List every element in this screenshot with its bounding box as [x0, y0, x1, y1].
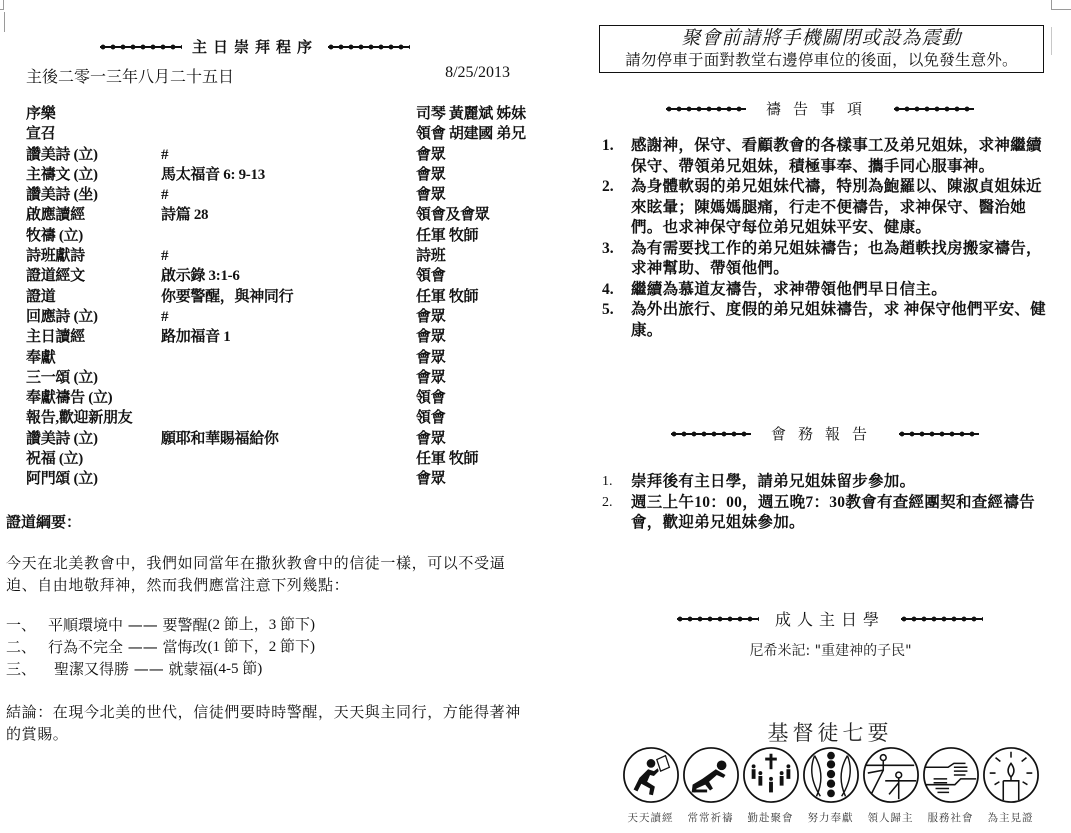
program-row: 讚美詩 (立)#會眾	[26, 145, 546, 165]
essential-item: 為主見證	[981, 746, 1040, 825]
point-text: 平順環境中 —— 要警醒	[48, 614, 208, 636]
program-content	[161, 348, 416, 368]
program-row: 阿門頌 (立)會眾	[26, 469, 546, 489]
kneeling-prayer-icon	[682, 746, 740, 804]
program-item: 報告,歡迎新朋友	[26, 408, 161, 428]
item-number: 2.	[602, 177, 631, 239]
fish-coins-icon	[802, 746, 860, 804]
sermon-intro: 今天在北美教會中，我們如同當年在撒狄教會中的信徒一樣，可以不受逼迫、自由地敬拜神…	[6, 552, 526, 596]
vine-ornament-icon	[100, 44, 182, 50]
essential-item: 常常祈禱	[681, 746, 740, 825]
affairs-list: 1.崇拜後有主日學，請弟兄姐妹留步參加。 2.週三上午10：00，週五晚7：30…	[602, 472, 1052, 534]
program-row: 證道經文啟示錄 3:1-6領會	[26, 266, 546, 286]
program-item: 主日讀經	[26, 327, 161, 347]
program-row: 讚美詩 (立)願耶和華賜福給你會眾	[26, 429, 546, 449]
vine-ornament-icon	[328, 44, 410, 50]
program-row: 啟應讀經詩篇 28領會及會眾	[26, 205, 546, 225]
point-text: 行為不完全 —— 當悔改	[48, 636, 208, 658]
adult-school-subject: 尼希米記: "重建神的子民"	[590, 640, 1071, 660]
point-reference: (1 節下，2 節下)	[208, 636, 316, 658]
point-reference: (2 節上，3 節下)	[208, 614, 316, 636]
program-content	[161, 104, 416, 124]
sermon-point: 三、 聖潔又得勝 —— 就蒙福 (4-5 節)	[6, 658, 526, 680]
sermon-point: 二、 行為不完全 —— 當悔改 (1 節下，2 節下)	[6, 636, 526, 658]
sermon-conclusion: 結論：在現今北美的世代，信徒們要時時警醒，天天與主同行，方能得著神的賞賜。	[6, 701, 526, 745]
program-row: 主日讀經路加福音 1會眾	[26, 327, 546, 347]
program-row: 回應詩 (立)#會眾	[26, 307, 546, 327]
program-row: 報告,歡迎新朋友領會	[26, 408, 546, 428]
reading-bible-icon	[622, 746, 680, 804]
program-item: 讚美詩 (立)	[26, 145, 161, 165]
program-item: 宣召	[26, 124, 161, 144]
prayer-item: 1.感謝神，保守、看顧教會的各樣事工及弟兄姐妹，求神繼續保守、帶領弟兄姐妹，積極…	[602, 136, 1052, 177]
item-number: 1.	[602, 136, 631, 177]
program-item: 序樂	[26, 104, 161, 124]
program-leader: 會眾	[416, 327, 546, 347]
vine-ornament-icon	[671, 431, 751, 437]
item-text: 為外出旅行、度假的弟兄姐妹禱告，求 神保守他們平安、健康。	[631, 300, 1052, 341]
item-text: 為身體軟弱的弟兄姐妹代禱，特別為鮑羅以、陳淑貞姐妹近來眩暈；陳媽媽腿痛，行走不便…	[631, 177, 1052, 239]
program-row: 詩班獻詩#詩班	[26, 246, 546, 266]
program-leader: 會眾	[416, 368, 546, 388]
program-row: 證道你要警醒，與神同行任軍 牧師	[26, 287, 546, 307]
program-content	[161, 469, 416, 489]
program-leader: 任軍 牧師	[416, 287, 546, 307]
program-row: 牧禱 (立)任軍 牧師	[26, 226, 546, 246]
prayer-title: 禱告事項	[766, 98, 874, 119]
program-row: 奉獻禱告 (立)領會	[26, 388, 546, 408]
essential-label: 勤赴聚會	[748, 810, 794, 825]
candle-light-icon	[982, 746, 1040, 804]
program-row: 序樂司琴 黃麗斌 姊妹	[26, 104, 546, 124]
essential-item: 天天讀經	[621, 746, 680, 825]
prayer-item: 2.為身體軟弱的弟兄姐妹代禱，特別為鮑羅以、陳淑貞姐妹近來眩暈；陳媽媽腿痛，行走…	[602, 177, 1052, 239]
program-leader: 任軍 牧師	[416, 226, 546, 246]
program-leader: 領會	[416, 388, 546, 408]
item-text: 崇拜後有主日學，請弟兄姐妹留步參加。	[631, 472, 1052, 493]
vine-ornament-icon	[666, 106, 746, 112]
program-leader: 會眾	[416, 307, 546, 327]
point-number: 一、	[6, 614, 48, 636]
program-item: 阿門頌 (立)	[26, 469, 161, 489]
sermon-point: 一、 平順環境中 —— 要警醒 (2 節上，3 節下)	[6, 614, 526, 636]
program-item: 回應詩 (立)	[26, 307, 161, 327]
seven-essentials-title: 基督徒七要	[620, 717, 1040, 747]
program-item: 三一頌 (立)	[26, 368, 161, 388]
essential-label: 為主見證	[988, 810, 1034, 825]
program-item: 證道經文	[26, 266, 161, 286]
program-item: 奉獻禱告 (立)	[26, 388, 161, 408]
notice-box: 聚會前請將手機關閉或設為震動 請勿停車于面對教堂右邊停車位的後面，以免發生意外。	[599, 25, 1044, 73]
leading-person-icon	[862, 746, 920, 804]
point-number: 二、	[6, 636, 48, 658]
program-item: 祝福 (立)	[26, 449, 161, 469]
program-leader: 會眾	[416, 429, 546, 449]
essential-item: 領人歸主	[861, 746, 920, 825]
affairs-item: 2.週三上午10：00，週五晚7：30教會有查經團契和查經禱告會，歡迎弟兄姐妹參…	[602, 493, 1052, 534]
program-item: 牧禱 (立)	[26, 226, 161, 246]
program-leader: 會眾	[416, 185, 546, 205]
program-leader: 領會 胡建國 弟兄	[416, 124, 546, 144]
essential-item: 勤赴聚會	[741, 746, 800, 825]
program-content: 路加福音 1	[161, 327, 416, 347]
program-content	[161, 388, 416, 408]
program-row: 祝福 (立)任軍 牧師	[26, 449, 546, 469]
program-item: 讚美詩 (坐)	[26, 185, 161, 205]
program-leader: 領會	[416, 266, 546, 286]
program-leader: 會眾	[416, 469, 546, 489]
vine-ornament-icon	[894, 106, 974, 112]
item-text: 感謝神，保守、看顧教會的各樣事工及弟兄姐妹，求神繼續保守、帶領弟兄姐妹，積極事奉…	[631, 136, 1052, 177]
program-content: #	[161, 246, 416, 266]
program-content: 啟示錄 3:1-6	[161, 266, 416, 286]
adult-school-title: 成人主日學	[775, 607, 885, 630]
program-content: #	[161, 185, 416, 205]
announcements-column: 聚會前請將手機關閉或設為震動 請勿停車于面對教堂右邊停車位的後面，以免發生意外。…	[590, 0, 1071, 833]
helping-hands-icon	[922, 746, 980, 804]
program-content	[161, 124, 416, 144]
essential-label: 常常祈禱	[688, 810, 734, 825]
essential-item: 努力奉獻	[801, 746, 860, 825]
prayer-item: 4.繼續為慕道友禱告，求神帶領他們早日信主。	[602, 280, 1052, 301]
program-item: 詩班獻詩	[26, 246, 161, 266]
service-date: 主後二零一三年八月二十五日 8/25/2013	[26, 64, 516, 87]
program-item: 主禱文 (立)	[26, 165, 161, 185]
program-item: 證道	[26, 287, 161, 307]
item-text: 週三上午10：00，週五晚7：30教會有查經團契和查經禱告會，歡迎弟兄姐妹參加。	[631, 493, 1052, 534]
program-content	[161, 408, 416, 428]
point-reference: (4-5 節)	[214, 658, 263, 680]
prayer-heading: 禱告事項	[665, 98, 975, 119]
seven-essentials-icons: 天天讀經 常常祈禱	[621, 746, 1040, 825]
program-row: 主禱文 (立)馬太福音 6: 9-13會眾	[26, 165, 546, 185]
program-leader: 詩班	[416, 246, 546, 266]
program-item: 讚美詩 (立)	[26, 429, 161, 449]
sermon-points: 一、 平順環境中 —— 要警醒 (2 節上，3 節下) 二、 行為不完全 —— …	[6, 614, 526, 680]
affairs-item: 1.崇拜後有主日學，請弟兄姐妹留步參加。	[602, 472, 1052, 493]
prayer-item: 5.為外出旅行、度假的弟兄姐妹禱告，求 神保守他們平安、健康。	[602, 300, 1052, 341]
program-leader: 領會及會眾	[416, 205, 546, 225]
program-leader: 會眾	[416, 145, 546, 165]
parking-notice: 請勿停車于面對教堂右邊停車位的後面，以免發生意外。	[600, 50, 1043, 70]
affairs-title: 會務報告	[771, 423, 879, 444]
program-content: #	[161, 145, 416, 165]
program-content: 馬太福音 6: 9-13	[161, 165, 416, 185]
date-numeric: 8/25/2013	[445, 64, 510, 87]
program-item: 奉獻	[26, 348, 161, 368]
program-content: 詩篇 28	[161, 205, 416, 225]
vine-ornament-icon	[677, 616, 759, 622]
date-chinese: 主後二零一三年八月二十五日	[26, 64, 234, 87]
item-number: 1.	[602, 472, 631, 493]
point-text: 聖潔又得勝 —— 就蒙福	[54, 658, 214, 680]
congregation-cross-icon	[742, 746, 800, 804]
sermon-outline-label: 證道綱要：	[6, 511, 81, 532]
vine-ornament-icon	[901, 616, 983, 622]
item-number: 2.	[602, 493, 631, 534]
item-text: 為有需要找工作的弟兄姐妹禱告；也為趙軼找房搬家禱告，求神幫助、帶領他們。	[631, 239, 1052, 280]
adult-sunday-school-heading: 成人主日學	[670, 607, 990, 630]
essential-label: 努力奉獻	[808, 810, 854, 825]
church-affairs-heading: 會務報告	[665, 423, 985, 444]
item-text: 繼續為慕道友禱告，求神帶領他們早日信主。	[631, 280, 1052, 301]
program-item: 啟應讀經	[26, 205, 161, 225]
program-table: 序樂司琴 黃麗斌 姊妹 宣召領會 胡建國 弟兄 讚美詩 (立)#會眾 主禱文 (…	[26, 104, 546, 490]
program-content: 你要警醒，與神同行	[161, 287, 416, 307]
program-row: 三一頌 (立)會眾	[26, 368, 546, 388]
essential-label: 領人歸主	[868, 810, 914, 825]
program-leader: 領會	[416, 408, 546, 428]
program-row: 宣召領會 胡建國 弟兄	[26, 124, 546, 144]
item-number: 3.	[602, 239, 631, 280]
prayer-item: 3.為有需要找工作的弟兄姐妹禱告；也為趙軼找房搬家禱告，求神幫助、帶領他們。	[602, 239, 1052, 280]
program-row: 奉獻會眾	[26, 348, 546, 368]
bulletin-page: 主日崇拜程序 主後二零一三年八月二十五日 8/25/2013 序樂司琴 黃麗斌 …	[0, 0, 1071, 833]
program-content: #	[161, 307, 416, 327]
program-content	[161, 368, 416, 388]
essential-label: 天天讀經	[628, 810, 674, 825]
vine-ornament-icon	[899, 431, 979, 437]
worship-title: 主日崇拜程序	[192, 36, 318, 57]
point-number: 三、	[6, 658, 48, 680]
worship-program-heading: 主日崇拜程序	[90, 36, 420, 57]
program-content: 願耶和華賜福給你	[161, 429, 416, 449]
program-leader: 會眾	[416, 348, 546, 368]
essential-item: 服務社會	[921, 746, 980, 825]
essential-label: 服務社會	[928, 810, 974, 825]
item-number: 5.	[602, 300, 631, 341]
program-content	[161, 226, 416, 246]
phone-notice: 聚會前請將手機關閉或設為震動	[600, 26, 1043, 50]
item-number: 4.	[602, 280, 631, 301]
program-leader: 司琴 黃麗斌 姊妹	[416, 104, 546, 124]
worship-column: 主日崇拜程序 主後二零一三年八月二十五日 8/25/2013 序樂司琴 黃麗斌 …	[0, 0, 545, 833]
prayer-list: 1.感謝神，保守、看顧教會的各樣事工及弟兄姐妹，求神繼續保守、帶領弟兄姐妹，積極…	[602, 136, 1052, 341]
program-row: 讚美詩 (坐)#會眾	[26, 185, 546, 205]
program-leader: 任軍 牧師	[416, 449, 546, 469]
program-leader: 會眾	[416, 165, 546, 185]
program-content	[161, 449, 416, 469]
